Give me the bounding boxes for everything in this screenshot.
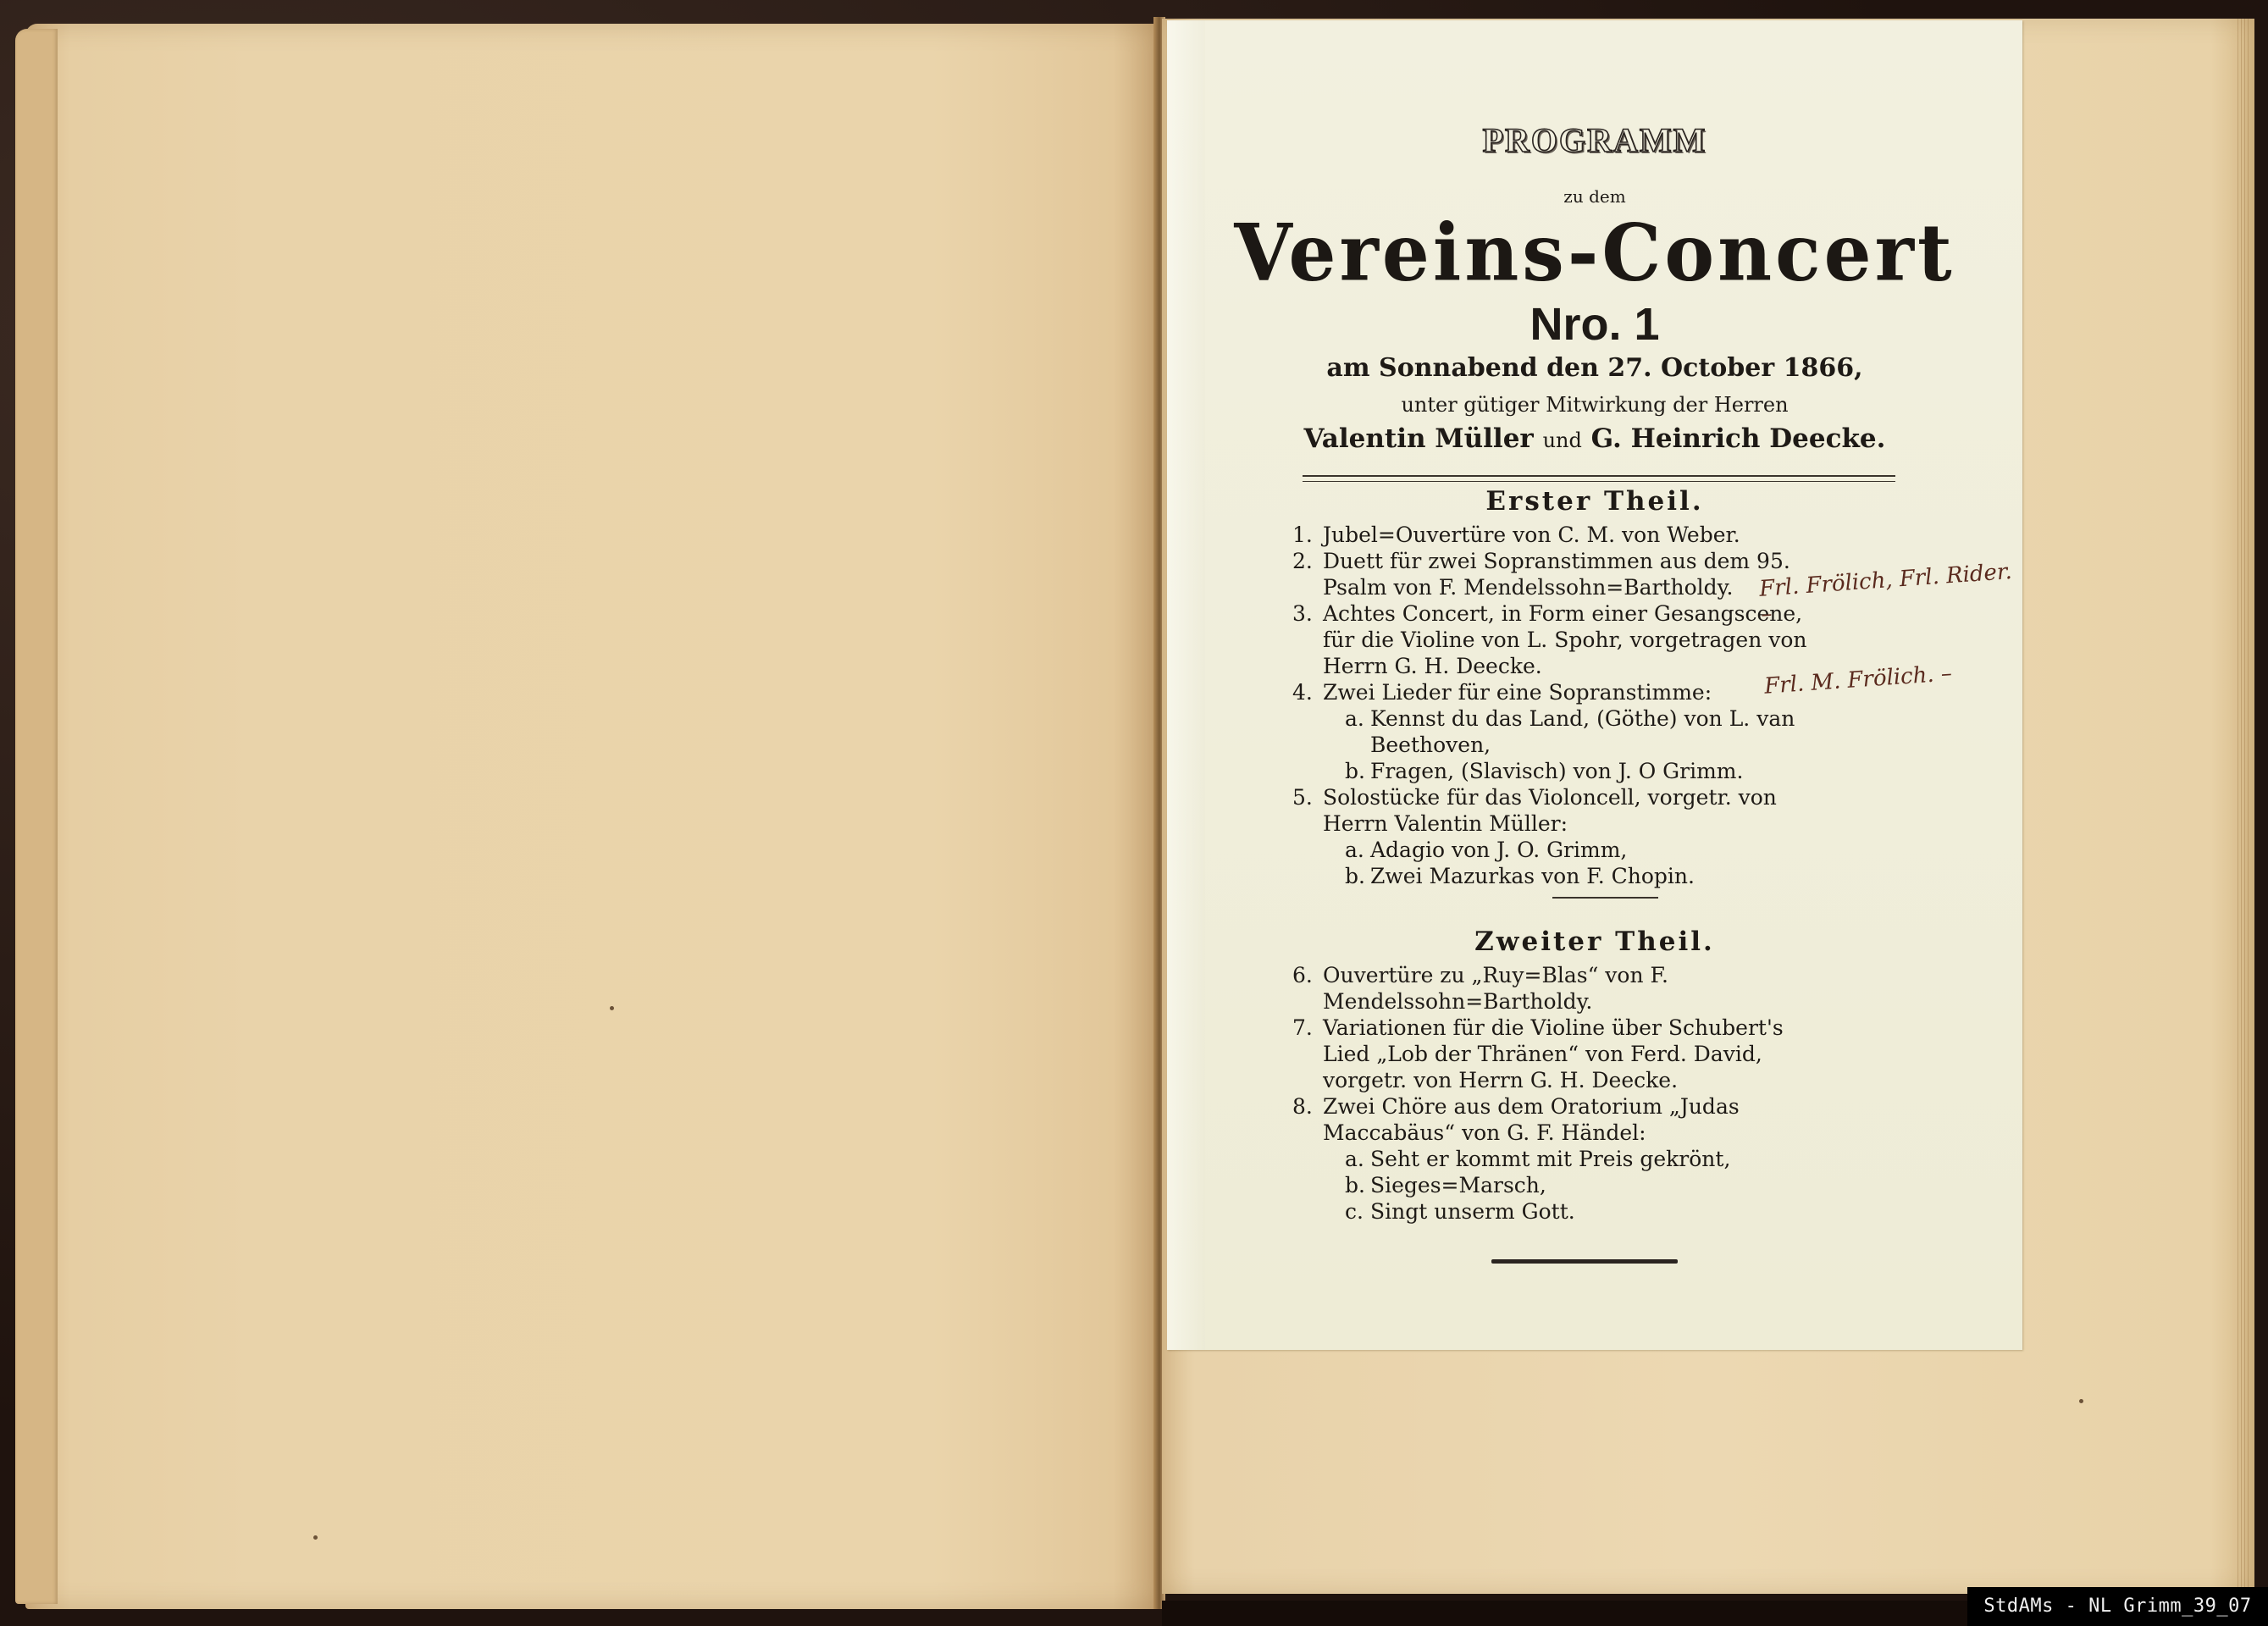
performer-2: G. Heinrich Deecke. bbox=[1591, 423, 1886, 454]
program-item-6: 6. Ouvertüre zu „Ruy=Blas“ von F. Mendel… bbox=[1292, 962, 1817, 1015]
program-item-2: 2. Duett für zwei Sopranstimmen aus dem … bbox=[1292, 548, 1817, 600]
program-subitem-5a: a. Adagio von J. O. Grimm, bbox=[1292, 837, 1817, 863]
program-subitem-4b: b. Fragen, (Slavisch) von J. O Grimm. bbox=[1292, 758, 1817, 784]
program-item-5: 5. Solostücke für das Violoncell, vorget… bbox=[1292, 784, 1817, 837]
zu-dem-text: zu dem bbox=[1167, 186, 2022, 207]
left-blank-page bbox=[25, 24, 1159, 1609]
paper-speck bbox=[2079, 1399, 2083, 1403]
archive-caption: StdAMs - NL Grimm_39_07 bbox=[1967, 1587, 2268, 1626]
part-2-list: 6. Ouvertüre zu „Ruy=Blas“ von F. Mendel… bbox=[1292, 962, 1817, 1225]
page-edge-lines bbox=[2238, 19, 2249, 1594]
underlying-leaf-edge bbox=[15, 29, 58, 1604]
program-item-4: 4. Zwei Lieder für eine Sopranstimme: bbox=[1292, 679, 1817, 705]
assist-line: unter gütiger Mitwirkung der Herren bbox=[1167, 393, 2022, 417]
concert-number: Nro. 1 bbox=[1167, 298, 2022, 351]
end-divider bbox=[1491, 1259, 1678, 1264]
concert-title: Vereins-Concert bbox=[1167, 206, 2022, 298]
part-1-list: 1. Jubel=Ouvertüre von C. M. von Weber. … bbox=[1292, 522, 1817, 889]
program-subitem-8b: b. Sieges=Marsch, bbox=[1292, 1172, 1817, 1198]
paper-speck bbox=[313, 1535, 318, 1540]
programme-sheet: PROGRAMM zu dem Vereins-Concert Nro. 1 a… bbox=[1167, 20, 2022, 1350]
program-item-3: 3. Achtes Concert, in Form einer Gesangs… bbox=[1292, 600, 1817, 679]
performer-1: Valentin Müller bbox=[1304, 423, 1534, 454]
program-subitem-4a: a. Kennst du das Land, (Göthe) von L. va… bbox=[1292, 705, 1817, 758]
part-1-heading: Erster Theil. bbox=[1167, 486, 2022, 517]
program-item-8: 8. Zwei Chöre aus dem Oratorium „Judas M… bbox=[1292, 1093, 1817, 1146]
program-subitem-5b: b. Zwei Mazurkas von F. Chopin. bbox=[1292, 863, 1817, 889]
performers-line: Valentin Müller und G. Heinrich Deecke. bbox=[1167, 423, 2022, 454]
header-divider bbox=[1303, 475, 1895, 482]
part-2-heading: Zweiter Theil. bbox=[1167, 926, 2022, 957]
program-item-1: 1. Jubel=Ouvertüre von C. M. von Weber. bbox=[1292, 522, 1817, 548]
program-subitem-8a: a. Seht er kommt mit Preis gekrönt, bbox=[1292, 1146, 1817, 1172]
concert-date: am Sonnabend den 27. October 1866, bbox=[1167, 353, 2022, 383]
programm-heading: PROGRAMM bbox=[1167, 120, 2022, 160]
section-divider bbox=[1552, 897, 1658, 899]
program-subitem-8c: c. Singt unserm Gott. bbox=[1292, 1198, 1817, 1225]
paper-speck bbox=[610, 1006, 614, 1010]
program-item-7: 7. Variationen für die Violine über Schu… bbox=[1292, 1015, 1817, 1093]
and-text: und bbox=[1543, 429, 1582, 452]
